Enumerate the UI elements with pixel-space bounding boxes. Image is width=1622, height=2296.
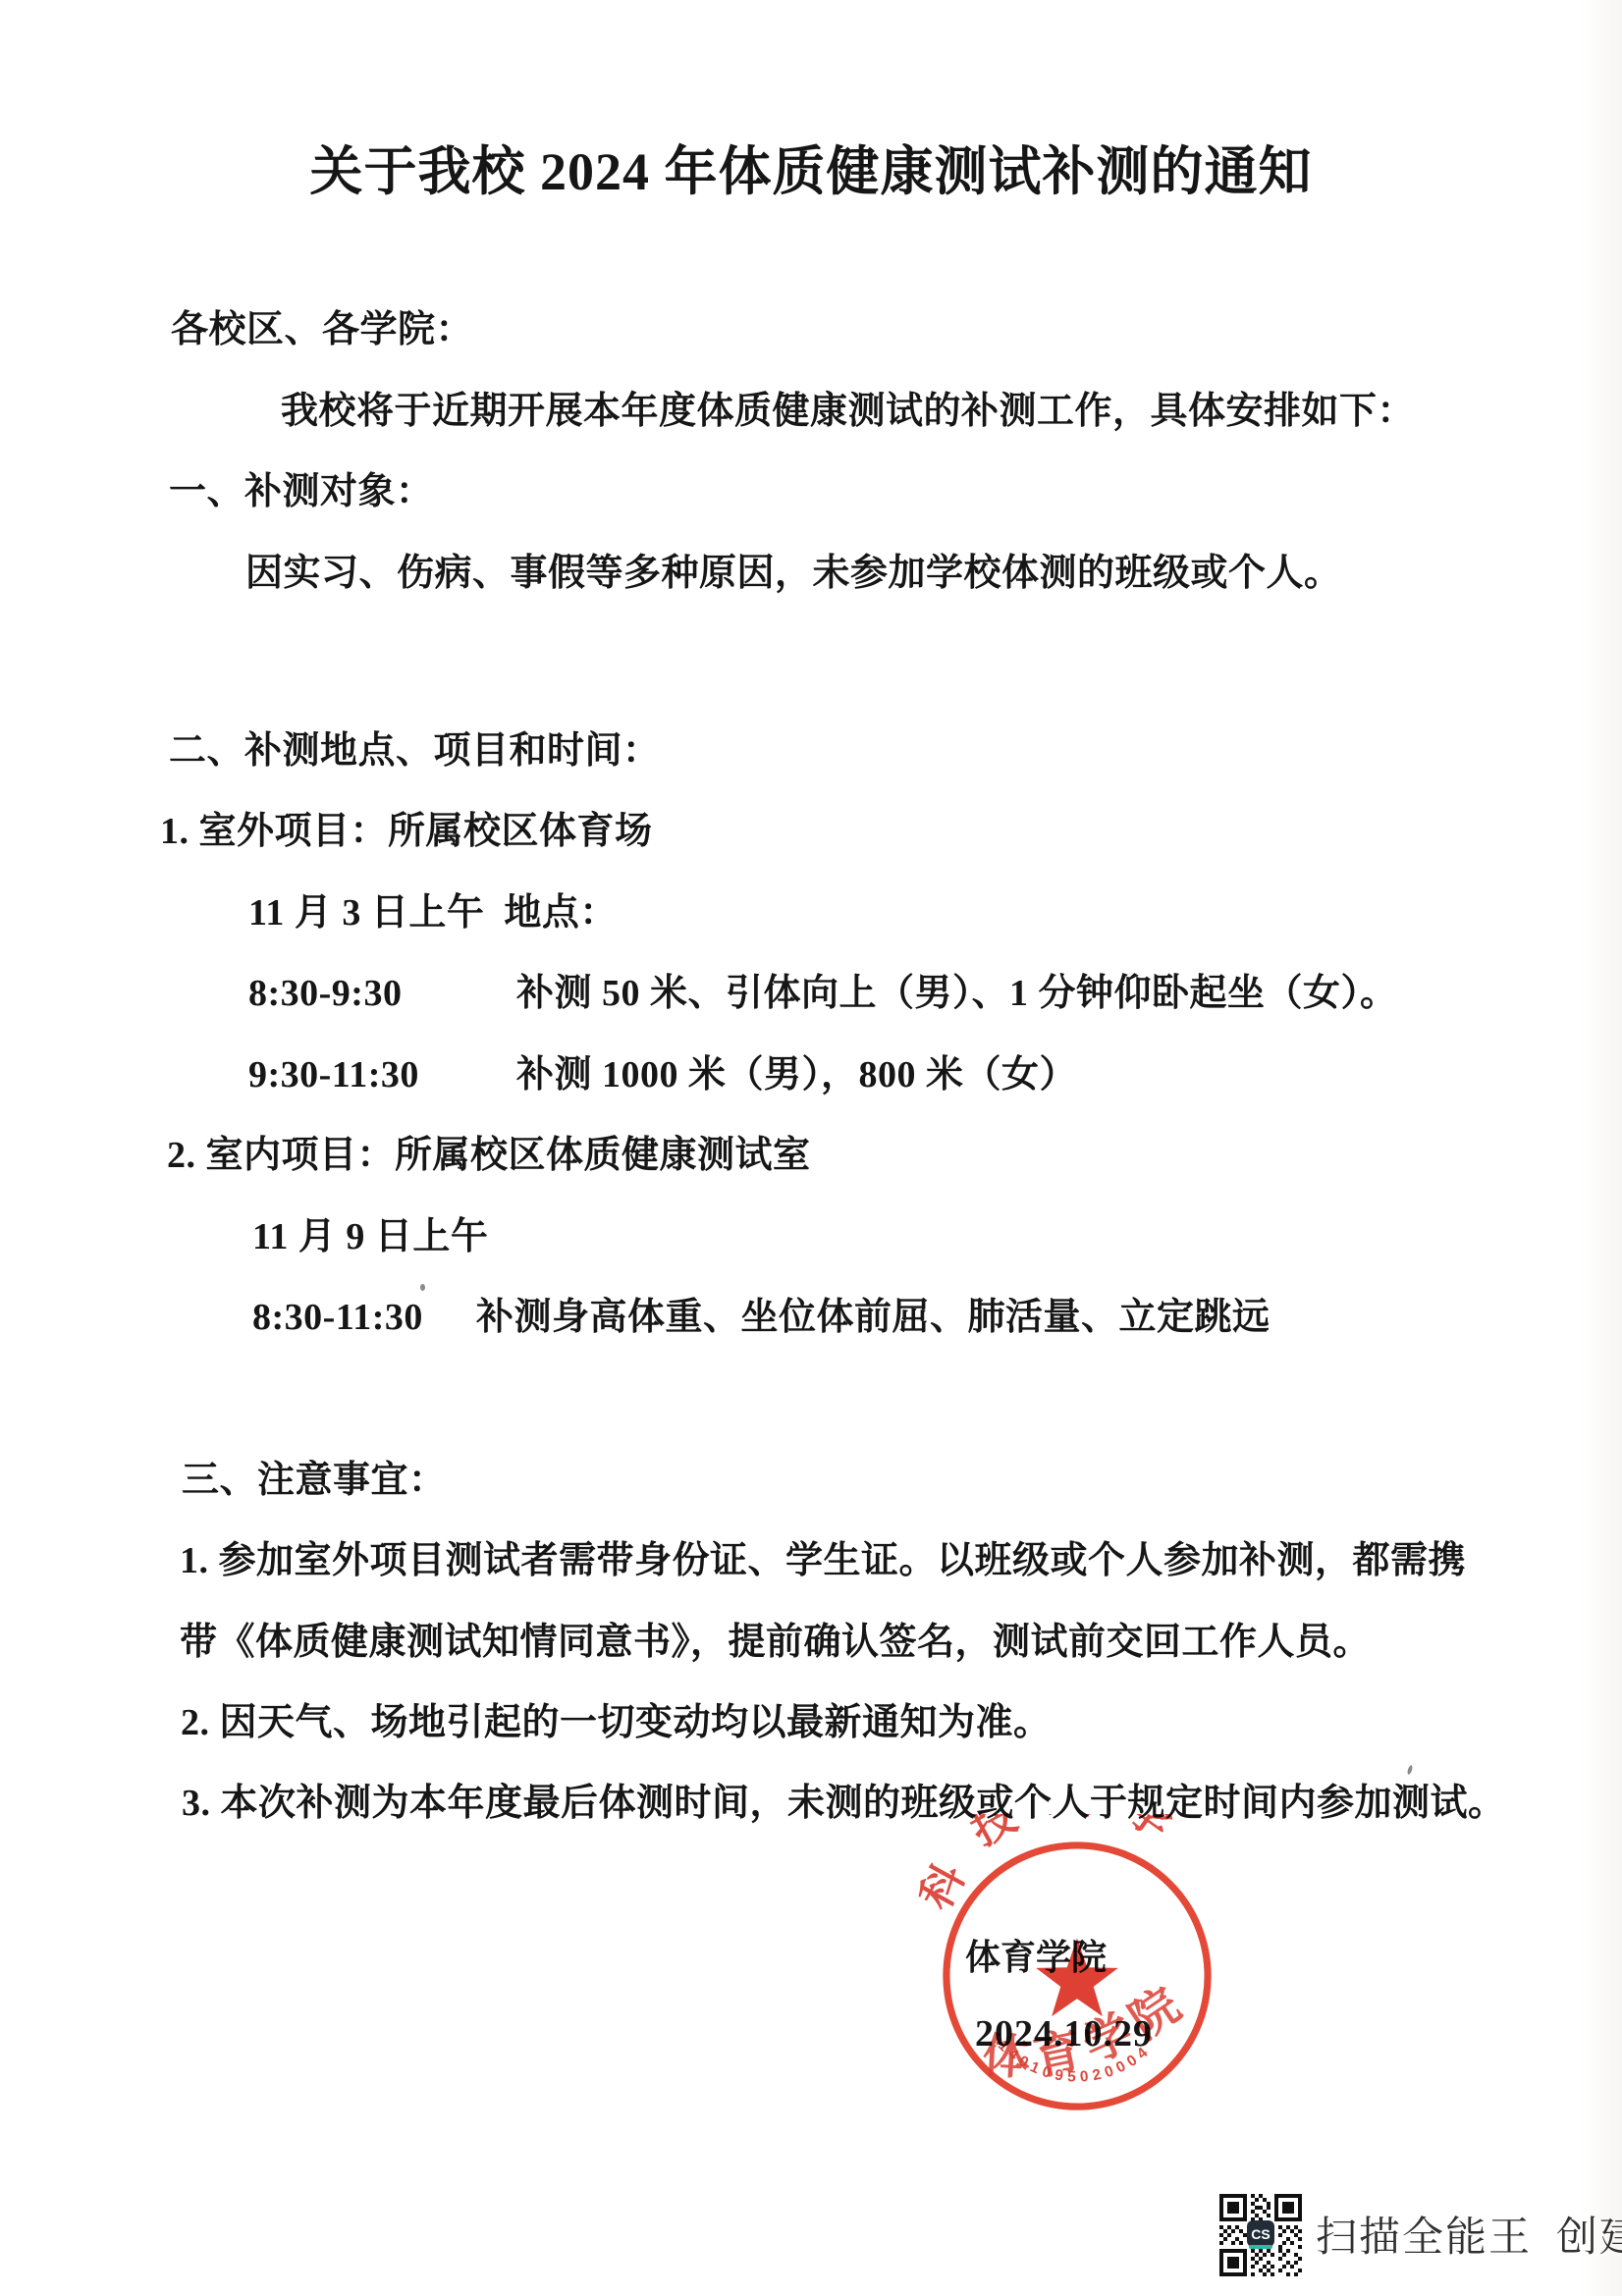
scanner-credit: 扫描全能王 创建 — [1316, 2205, 1622, 2264]
section2-heading: 二、补测地点、项目和时间： — [169, 731, 661, 773]
slot-description: 补测身高体重、坐位体前屈、肺活量、立定跳远 — [476, 1298, 1271, 1339]
qr-logo-text: CS — [1251, 2226, 1270, 2242]
time-slot-row: 8:30-11:30 补测身高体重、坐位体前屈、肺活量、立定跳远 — [252, 1298, 1271, 1339]
scan-speck — [1407, 1765, 1414, 1776]
slot-description: 补测 1000 米（男），800 米（女） — [516, 1055, 1077, 1096]
seal-arc-text-top: 科技大学 — [915, 1814, 1205, 1917]
document-title: 关于我校 2024 年体质健康测试补测的通知 — [310, 143, 1313, 201]
indoor-title: 2. 室内项目：所属校区体质健康测试室 — [167, 1136, 811, 1177]
note-item: 2. 因天气、场地引起的一切变动均以最新通知为准。 — [181, 1703, 1052, 1744]
time-slot-row: 9:30-11:30 补测 1000 米（男），800 米（女） — [248, 1055, 1077, 1096]
section1-body: 因实习、伤病、事假等多种原因，未参加学校体测的班级或个人。 — [245, 554, 1342, 595]
slot-description: 补测 50 米、引体向上（男）、1 分钟仰卧起坐（女）。 — [516, 974, 1398, 1015]
seal-star-icon — [1036, 1939, 1118, 2017]
svg-text:科技大学: 科技大学 — [915, 1814, 1205, 1917]
scan-speck — [420, 1284, 425, 1291]
camscanner-logo: CS — [1247, 2220, 1274, 2249]
salutation: 各校区、各学院： — [171, 310, 473, 351]
time-label: 8:30-11:30 — [252, 1298, 476, 1339]
intro-line: 我校将于近期开展本年度体质健康测试的补测工作，具体安排如下： — [281, 392, 1415, 433]
scanned-notice-page: 关于我校 2024 年体质健康测试补测的通知 各校区、各学院： 我校将于近期开展… — [0, 0, 1622, 2296]
note-item-continuation: 带《体质健康测试知情同意书》，提前确认签名，测试前交回工作人员。 — [180, 1623, 1371, 1664]
indoor-date-line: 11 月 9 日上午 — [252, 1217, 488, 1258]
official-seal: 科技大学 体育学院 1401095020004 — [915, 1814, 1239, 2138]
section3-heading: 三、注意事宜： — [182, 1461, 447, 1502]
note-item: 3. 本次补测为本年度最后体测时间，未测的班级或个人于规定时间内参加测试。 — [182, 1784, 1506, 1825]
outdoor-date-line: 11 月 3 日上午 地点： — [248, 893, 618, 934]
outdoor-title: 1. 室外项目：所属校区体育场 — [160, 812, 653, 853]
time-slot-row: 8:30-9:30 补测 50 米、引体向上（男）、1 分钟仰卧起坐（女）。 — [248, 974, 1398, 1015]
section1-heading: 一、补测对象： — [169, 472, 434, 513]
time-label: 9:30-11:30 — [248, 1055, 516, 1096]
time-label: 8:30-9:30 — [248, 974, 516, 1015]
note-item: 1. 参加室外项目测试者需带身份证、学生证。以班级或个人参加补测，都需携 — [180, 1541, 1466, 1582]
qr-code-icon: CS — [1217, 2192, 1304, 2278]
